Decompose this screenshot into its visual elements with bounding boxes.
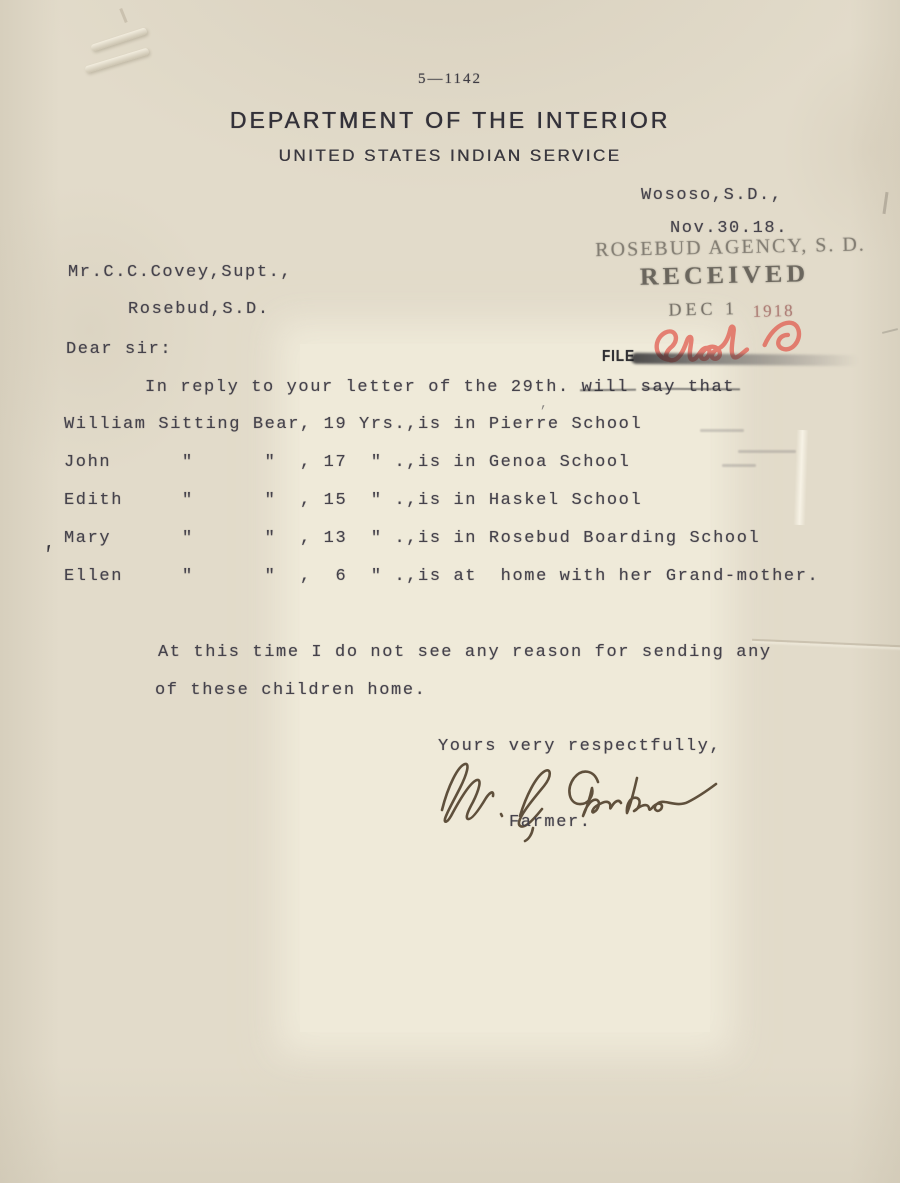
paper-shading-bottom xyxy=(0,1063,900,1183)
body-closing-line1: At this time I do not see any reason for… xyxy=(158,643,772,663)
paper-shading-right xyxy=(850,0,900,1183)
paper-damage-streak xyxy=(84,48,149,74)
roster-row: Edith " " , 15 " .,is in Haskel School xyxy=(64,491,642,511)
salutation: Dear sir: xyxy=(66,340,172,360)
letterhead-department: DEPARTMENT OF THE INTERIOR xyxy=(0,107,900,134)
roster-row: John " " , 17 " .,is in Genoa School xyxy=(64,453,630,473)
ink-offset-mark xyxy=(738,450,796,453)
addressee-line2: Rosebud,S.D. xyxy=(128,300,270,320)
place-line: Wososo,S.D., xyxy=(641,186,783,206)
paper-shading-top xyxy=(0,0,900,200)
pencil-mark xyxy=(882,192,888,214)
roster-row: Mary " " , 13 " .,is in Rosebud Boarding… xyxy=(64,529,760,549)
paper-blotch xyxy=(0,180,220,480)
paper-damage-mark xyxy=(119,8,127,23)
file-stamp-smudge xyxy=(631,353,859,366)
roster-row: William Sitting Bear, 19 Yrs.,is in Pier… xyxy=(64,415,642,435)
roster-row: Ellen " " , 6 " .,is at home with her Gr… xyxy=(64,567,819,587)
letterhead-service: UNITED STATES INDIAN SERVICE xyxy=(0,146,900,166)
ink-offset-mark xyxy=(700,429,744,432)
pencil-mark xyxy=(882,328,898,334)
caret-mark: , xyxy=(540,396,548,411)
paper-shading-left xyxy=(0,0,60,1183)
letter-scan: 5—1142 DEPARTMENT OF THE INTERIOR UNITED… xyxy=(0,0,900,1183)
ink-offset-mark xyxy=(722,464,756,467)
margin-mark: , xyxy=(41,531,58,556)
paper-crease xyxy=(752,639,900,648)
addressee-line1: Mr.C.C.Covey,Supt., xyxy=(68,263,292,283)
received-stamp-received: RECEIVED xyxy=(640,259,810,291)
signature-title: Farmer. xyxy=(509,813,592,833)
body-closing-line2: of these children home. xyxy=(155,681,426,701)
received-stamp-agency: ROSEBUD AGENCY, S. D. xyxy=(595,233,866,262)
paper-damage-streak xyxy=(90,27,147,52)
paper-crease-shine xyxy=(793,430,808,525)
file-stamp: FILE xyxy=(602,348,635,366)
form-number: 5—1142 xyxy=(0,71,900,88)
